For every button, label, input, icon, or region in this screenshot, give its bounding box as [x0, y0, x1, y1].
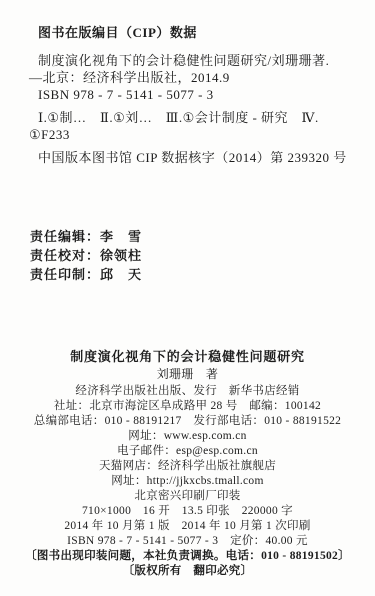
responsible-print-supervisor: 责任印制：邱 天 — [30, 265, 142, 284]
responsible-editor: 责任编辑：李 雪 — [30, 227, 142, 246]
cip-classification-line-1: Ⅰ.①制… Ⅱ.①刘… Ⅲ.①会计制度 - 研究 Ⅳ. — [29, 109, 355, 126]
cip-registry-line: 中国版本图书馆 CIP 数据核字（2014）第 239320 号 — [29, 149, 355, 166]
book-copyright-page: 图书在版编目（CIP）数据 制度演化视角下的会计稳健性问题研究/刘珊珊著. —北… — [0, 0, 375, 596]
isbn-price: ISBN 978 - 7 - 5141 - 5077 - 3 定价：40.00 … — [0, 534, 375, 549]
copyright-notice: 〔版权所有 翻印必究〕 — [0, 564, 375, 579]
book-author: 刘珊珊 著 — [0, 365, 375, 383]
tmall-store: 天猫网店：经济科学出版社旗舰店 — [0, 459, 375, 474]
printing-house: 北京密兴印刷厂印装 — [0, 489, 375, 504]
cip-heading: 图书在版编目（CIP）数据 — [29, 24, 355, 41]
binding-notice: 〔图书出现印装问题，本社负责调换。电话：010 - 88191502〕 — [0, 549, 375, 564]
book-title: 制度演化视角下的会计稳健性问题研究 — [0, 348, 375, 365]
responsible-proofreader: 责任校对：徐领柱 — [30, 246, 142, 265]
publisher-website: 网址：www.esp.com.cn — [0, 429, 375, 444]
staff-block: 责任编辑：李 雪 责任校对：徐领柱 责任印制：邱 天 — [30, 227, 142, 284]
tmall-url: 网址：http://jjkxcbs.tmall.com — [0, 474, 375, 489]
cip-classification-line-2: ①F233 — [29, 126, 355, 143]
publisher-line: 经济科学出版社出版、发行 新华书店经销 — [0, 383, 375, 399]
publisher-address: 社址：北京市海淀区阜成路甲 28 号 邮编：100142 — [0, 399, 375, 414]
cip-title-line: 制度演化视角下的会计稳健性问题研究/刘珊珊著. — [29, 52, 355, 69]
publisher-email: 电子邮件：esp@esp.com.cn — [0, 444, 375, 459]
cip-data-block: 图书在版编目（CIP）数据 制度演化视角下的会计稳健性问题研究/刘珊珊著. —北… — [29, 24, 355, 166]
publisher-phones: 总编部电话：010 - 88191217 发行部电话：010 - 8819152… — [0, 414, 375, 429]
cip-publisher-line: —北京：经济科学出版社，2014.9 — [29, 69, 355, 86]
edition-info: 2014 年 10 月第 1 版 2014 年 10 月第 1 次印刷 — [0, 519, 375, 534]
format-specs: 710×1000 16 开 13.5 印张 220000 字 — [0, 504, 375, 519]
cip-isbn-line: ISBN 978 - 7 - 5141 - 5077 - 3 — [29, 86, 355, 103]
colophon-block: 制度演化视角下的会计稳健性问题研究 刘珊珊 著 经济科学出版社出版、发行 新华书… — [0, 348, 375, 579]
